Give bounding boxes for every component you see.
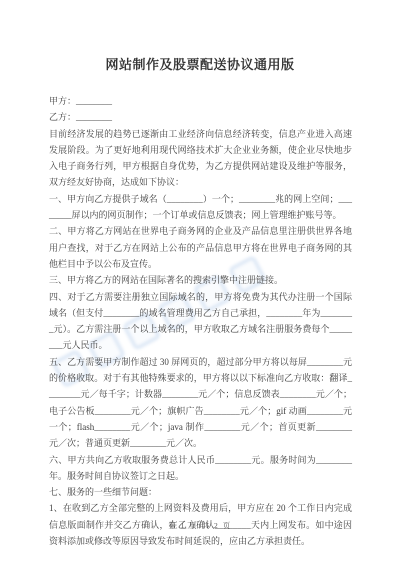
page-number: 第 1 页 共 2 页: [0, 520, 400, 531]
paragraph: 二、甲方将乙方网站在世界电子商务网的企业及产品信息里注册供世界各地用户查找，对于…: [49, 223, 352, 272]
document-page: 网站制作及股票配送协议通用版 甲方：________乙方：________目前经…: [0, 0, 400, 565]
paragraph: 乙方：________: [49, 109, 352, 125]
paragraph: 四、对于乙方需要注册独立国际域名的，甲方将免费为其代办注册一个国际域名（但支付_…: [49, 289, 352, 354]
paragraph: 三、甲方将乙方的网站在国际著名的搜索引擎中注册链接。: [49, 272, 352, 288]
paragraph: 甲方：________: [49, 93, 352, 109]
paragraph: 六、甲方共向乙方收取服务费总计人民币________元。服务时间为_______…: [49, 452, 352, 485]
paragraph: 五、乙方需要甲方制作超过 30 屏网页的，超过部分甲方将以每屏________元…: [49, 354, 352, 452]
document-title: 网站制作及股票配送协议通用版: [0, 54, 400, 73]
paragraph: 目前经济发展的趋势已逐渐由工业经济向信息经济转变，信息产业进入高速发展阶段。为了…: [49, 126, 352, 191]
paragraph: 一、甲方向乙方提供子域名（________）一个；________兆的网上空间；…: [49, 191, 352, 224]
paragraph: 七、服务的一些细节问题：: [49, 484, 352, 500]
document-body: 甲方：________乙方：________目前经济发展的趋势已逐渐由工业经济向…: [49, 93, 352, 549]
